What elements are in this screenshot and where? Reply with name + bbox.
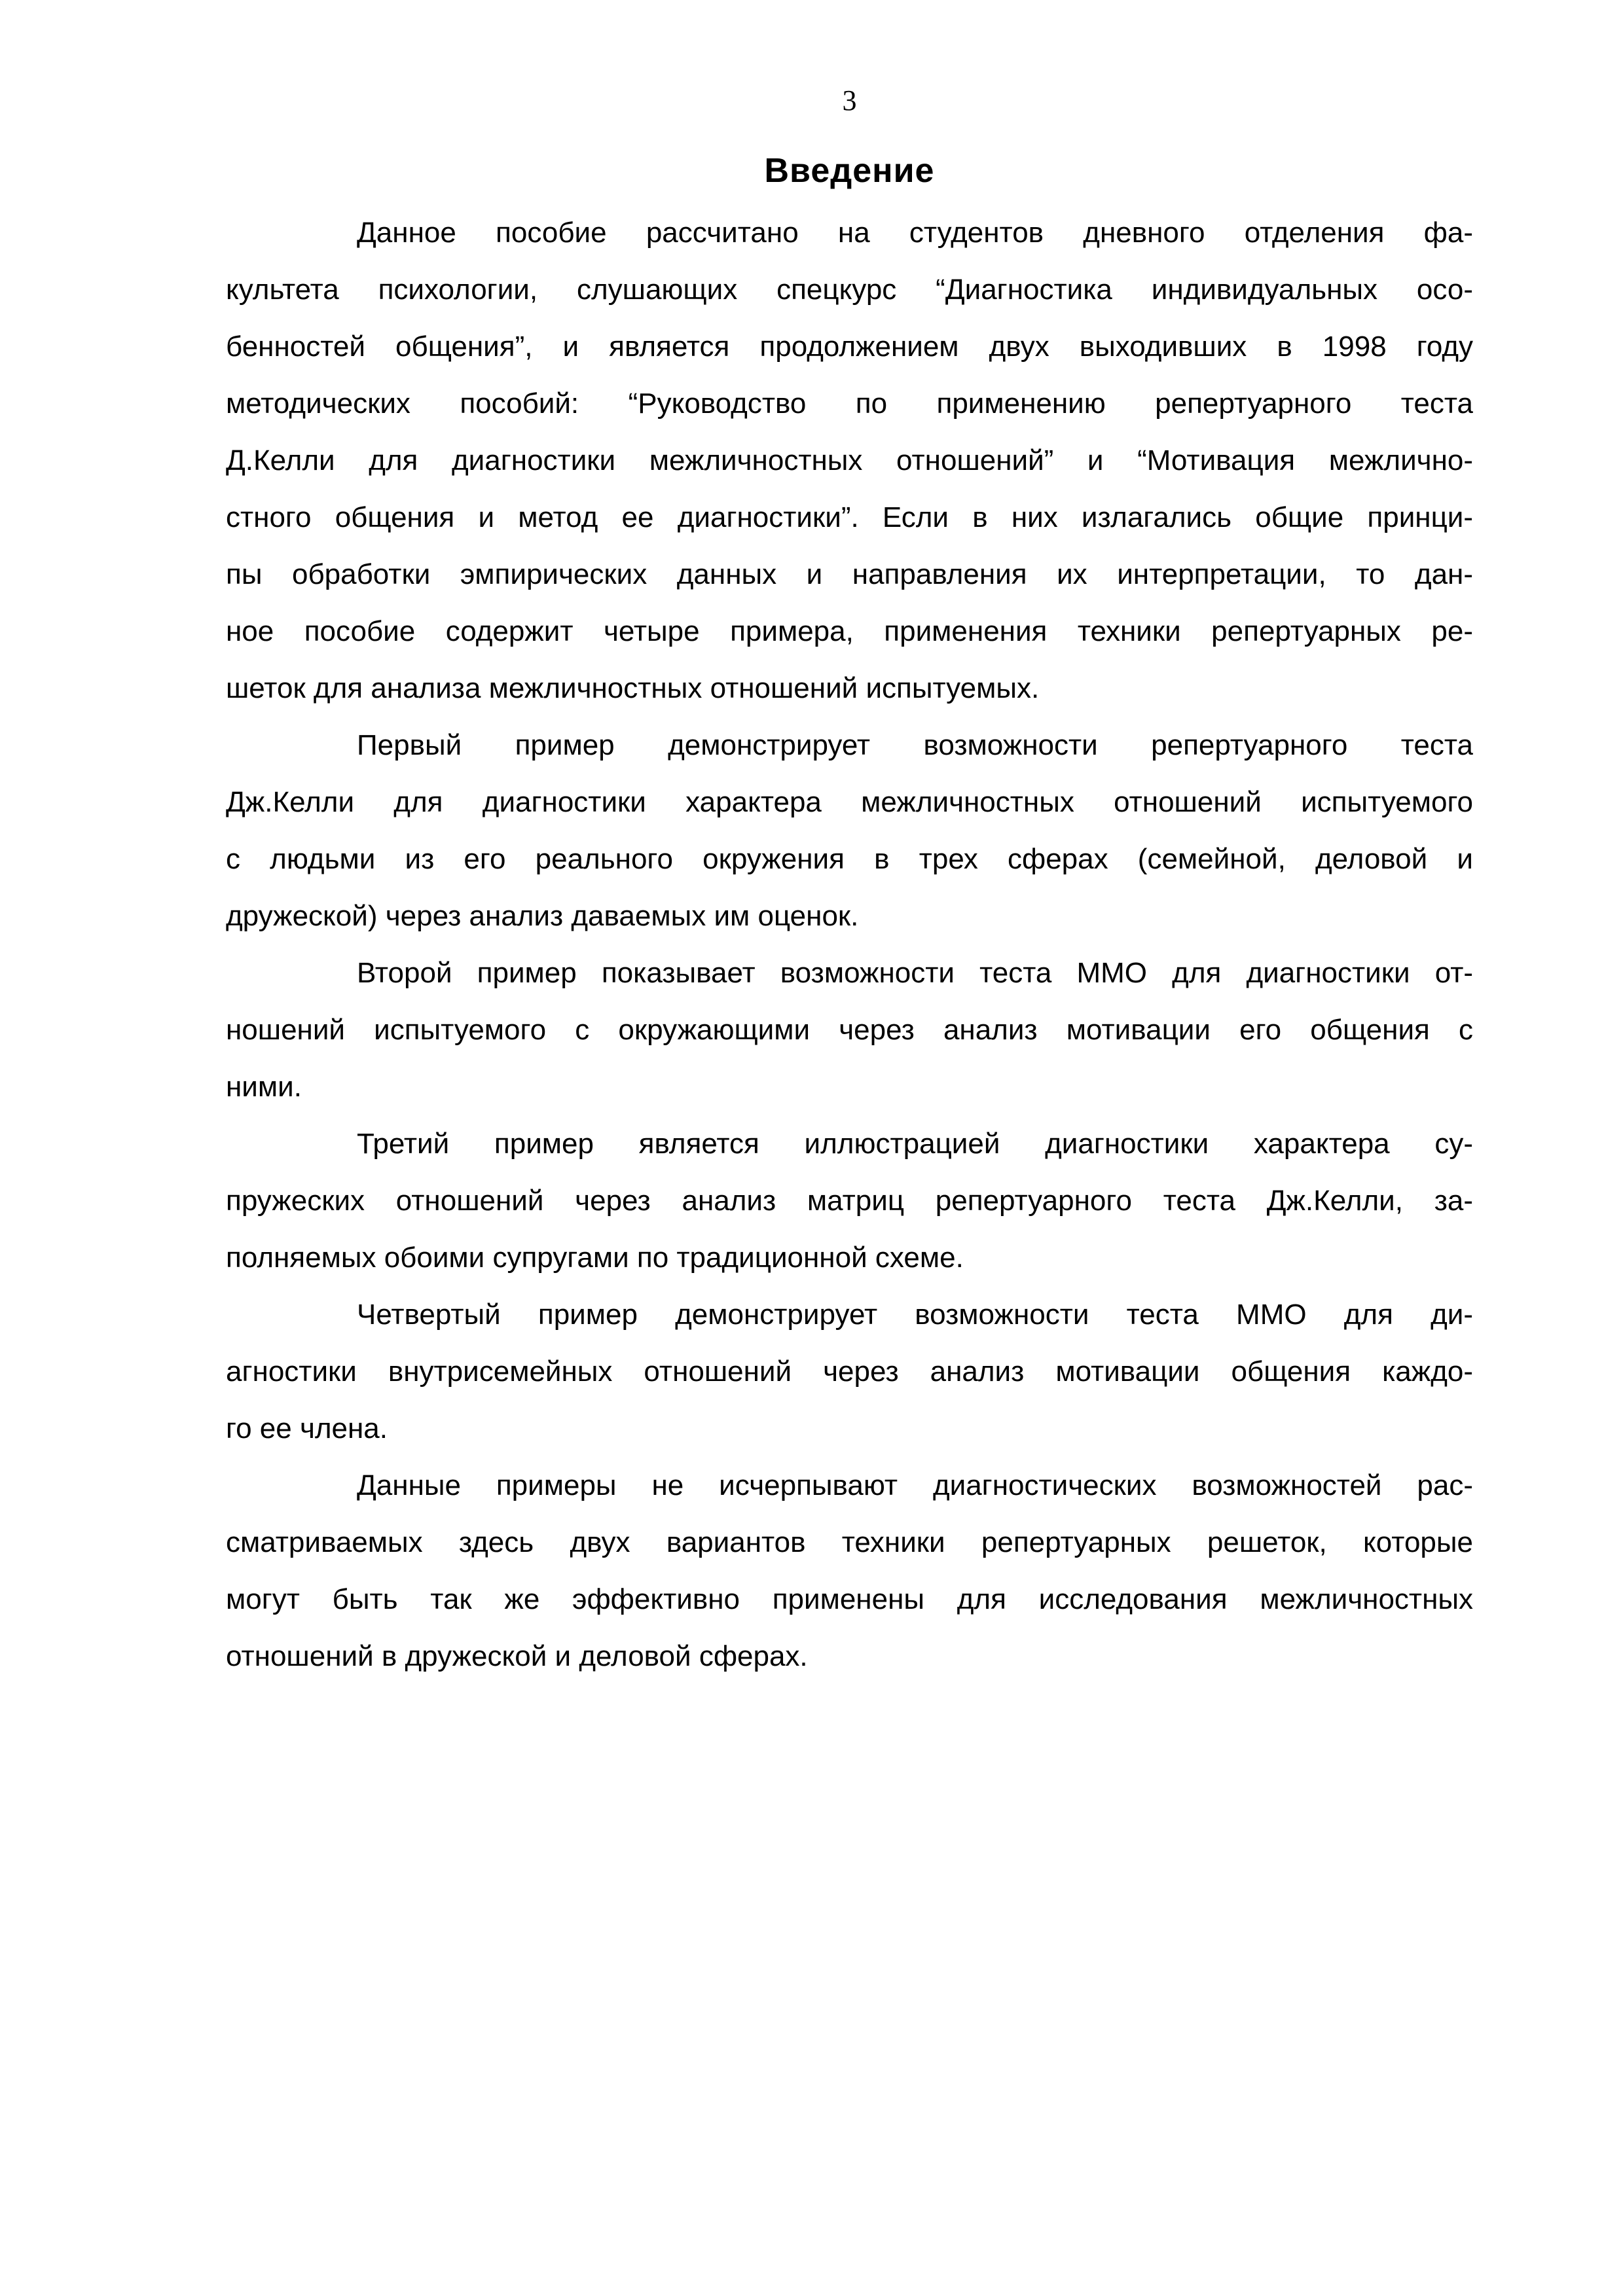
paragraph: Данное пособие рассчитано на студентов д… xyxy=(226,204,1473,717)
text-line: Четвертый пример демонстрирует возможнос… xyxy=(226,1286,1473,1343)
paragraph: Первый пример демонстрирует возможности … xyxy=(226,717,1473,944)
text-line: отношений в дружеской и деловой сферах. xyxy=(226,1628,1473,1685)
text-line: Д.Келли для диагностики межличностных от… xyxy=(226,432,1473,489)
text-line: ношений испытуемого с окружающими через … xyxy=(226,1001,1473,1058)
text-line: могут быть так же эффективно применены д… xyxy=(226,1571,1473,1628)
text-line: Дж.Келли для диагностики характера межли… xyxy=(226,774,1473,831)
text-line: пружеских отношений через анализ матриц … xyxy=(226,1172,1473,1229)
text-line: го ее члена. xyxy=(226,1400,1473,1457)
text-line: полняемых обоими супругами по традиционн… xyxy=(226,1229,1473,1286)
text-line: стного общения и метод ее диагностики”. … xyxy=(226,489,1473,546)
text-line: с людьми из его реального окружения в тр… xyxy=(226,831,1473,888)
text-line: сматриваемых здесь двух вариантов техник… xyxy=(226,1514,1473,1571)
text-line: Первый пример демонстрирует возможности … xyxy=(226,717,1473,774)
text-line: пы обработки эмпирических данных и напра… xyxy=(226,546,1473,603)
text-line: агностики внутрисемейных отношений через… xyxy=(226,1343,1473,1400)
page-number: 3 xyxy=(226,84,1473,118)
page-body: Данное пособие рассчитано на студентов д… xyxy=(226,204,1473,1685)
paragraph: Четвертый пример демонстрирует возможнос… xyxy=(226,1286,1473,1457)
text-line: дружеской) через анализ даваемых им оцен… xyxy=(226,888,1473,944)
text-line: бенностей общения”, и является продолжен… xyxy=(226,318,1473,375)
text-line: ними. xyxy=(226,1058,1473,1115)
paragraph: Второй пример показывает возможности тес… xyxy=(226,944,1473,1115)
paragraph: Данные примеры не исчерпывают диагностич… xyxy=(226,1457,1473,1685)
text-line: шеток для анализа межличностных отношени… xyxy=(226,660,1473,717)
paragraph: Третий пример является иллюстрацией диаг… xyxy=(226,1115,1473,1286)
text-line: Второй пример показывает возможности тес… xyxy=(226,944,1473,1001)
paragraphs-container: Данное пособие рассчитано на студентов д… xyxy=(226,204,1473,1685)
text-line: ное пособие содержит четыре примера, при… xyxy=(226,603,1473,660)
text-line: Данное пособие рассчитано на студентов д… xyxy=(226,204,1473,261)
text-line: Данные примеры не исчерпывают диагностич… xyxy=(226,1457,1473,1514)
text-line: методических пособий: “Руководство по пр… xyxy=(226,375,1473,432)
text-line: культета психологии, слушающих спецкурс … xyxy=(226,261,1473,318)
document-page: 3 Введение Данное пособие рассчитано на … xyxy=(0,0,1623,2296)
page-title: Введение xyxy=(226,152,1473,190)
text-line: Третий пример является иллюстрацией диаг… xyxy=(226,1115,1473,1172)
